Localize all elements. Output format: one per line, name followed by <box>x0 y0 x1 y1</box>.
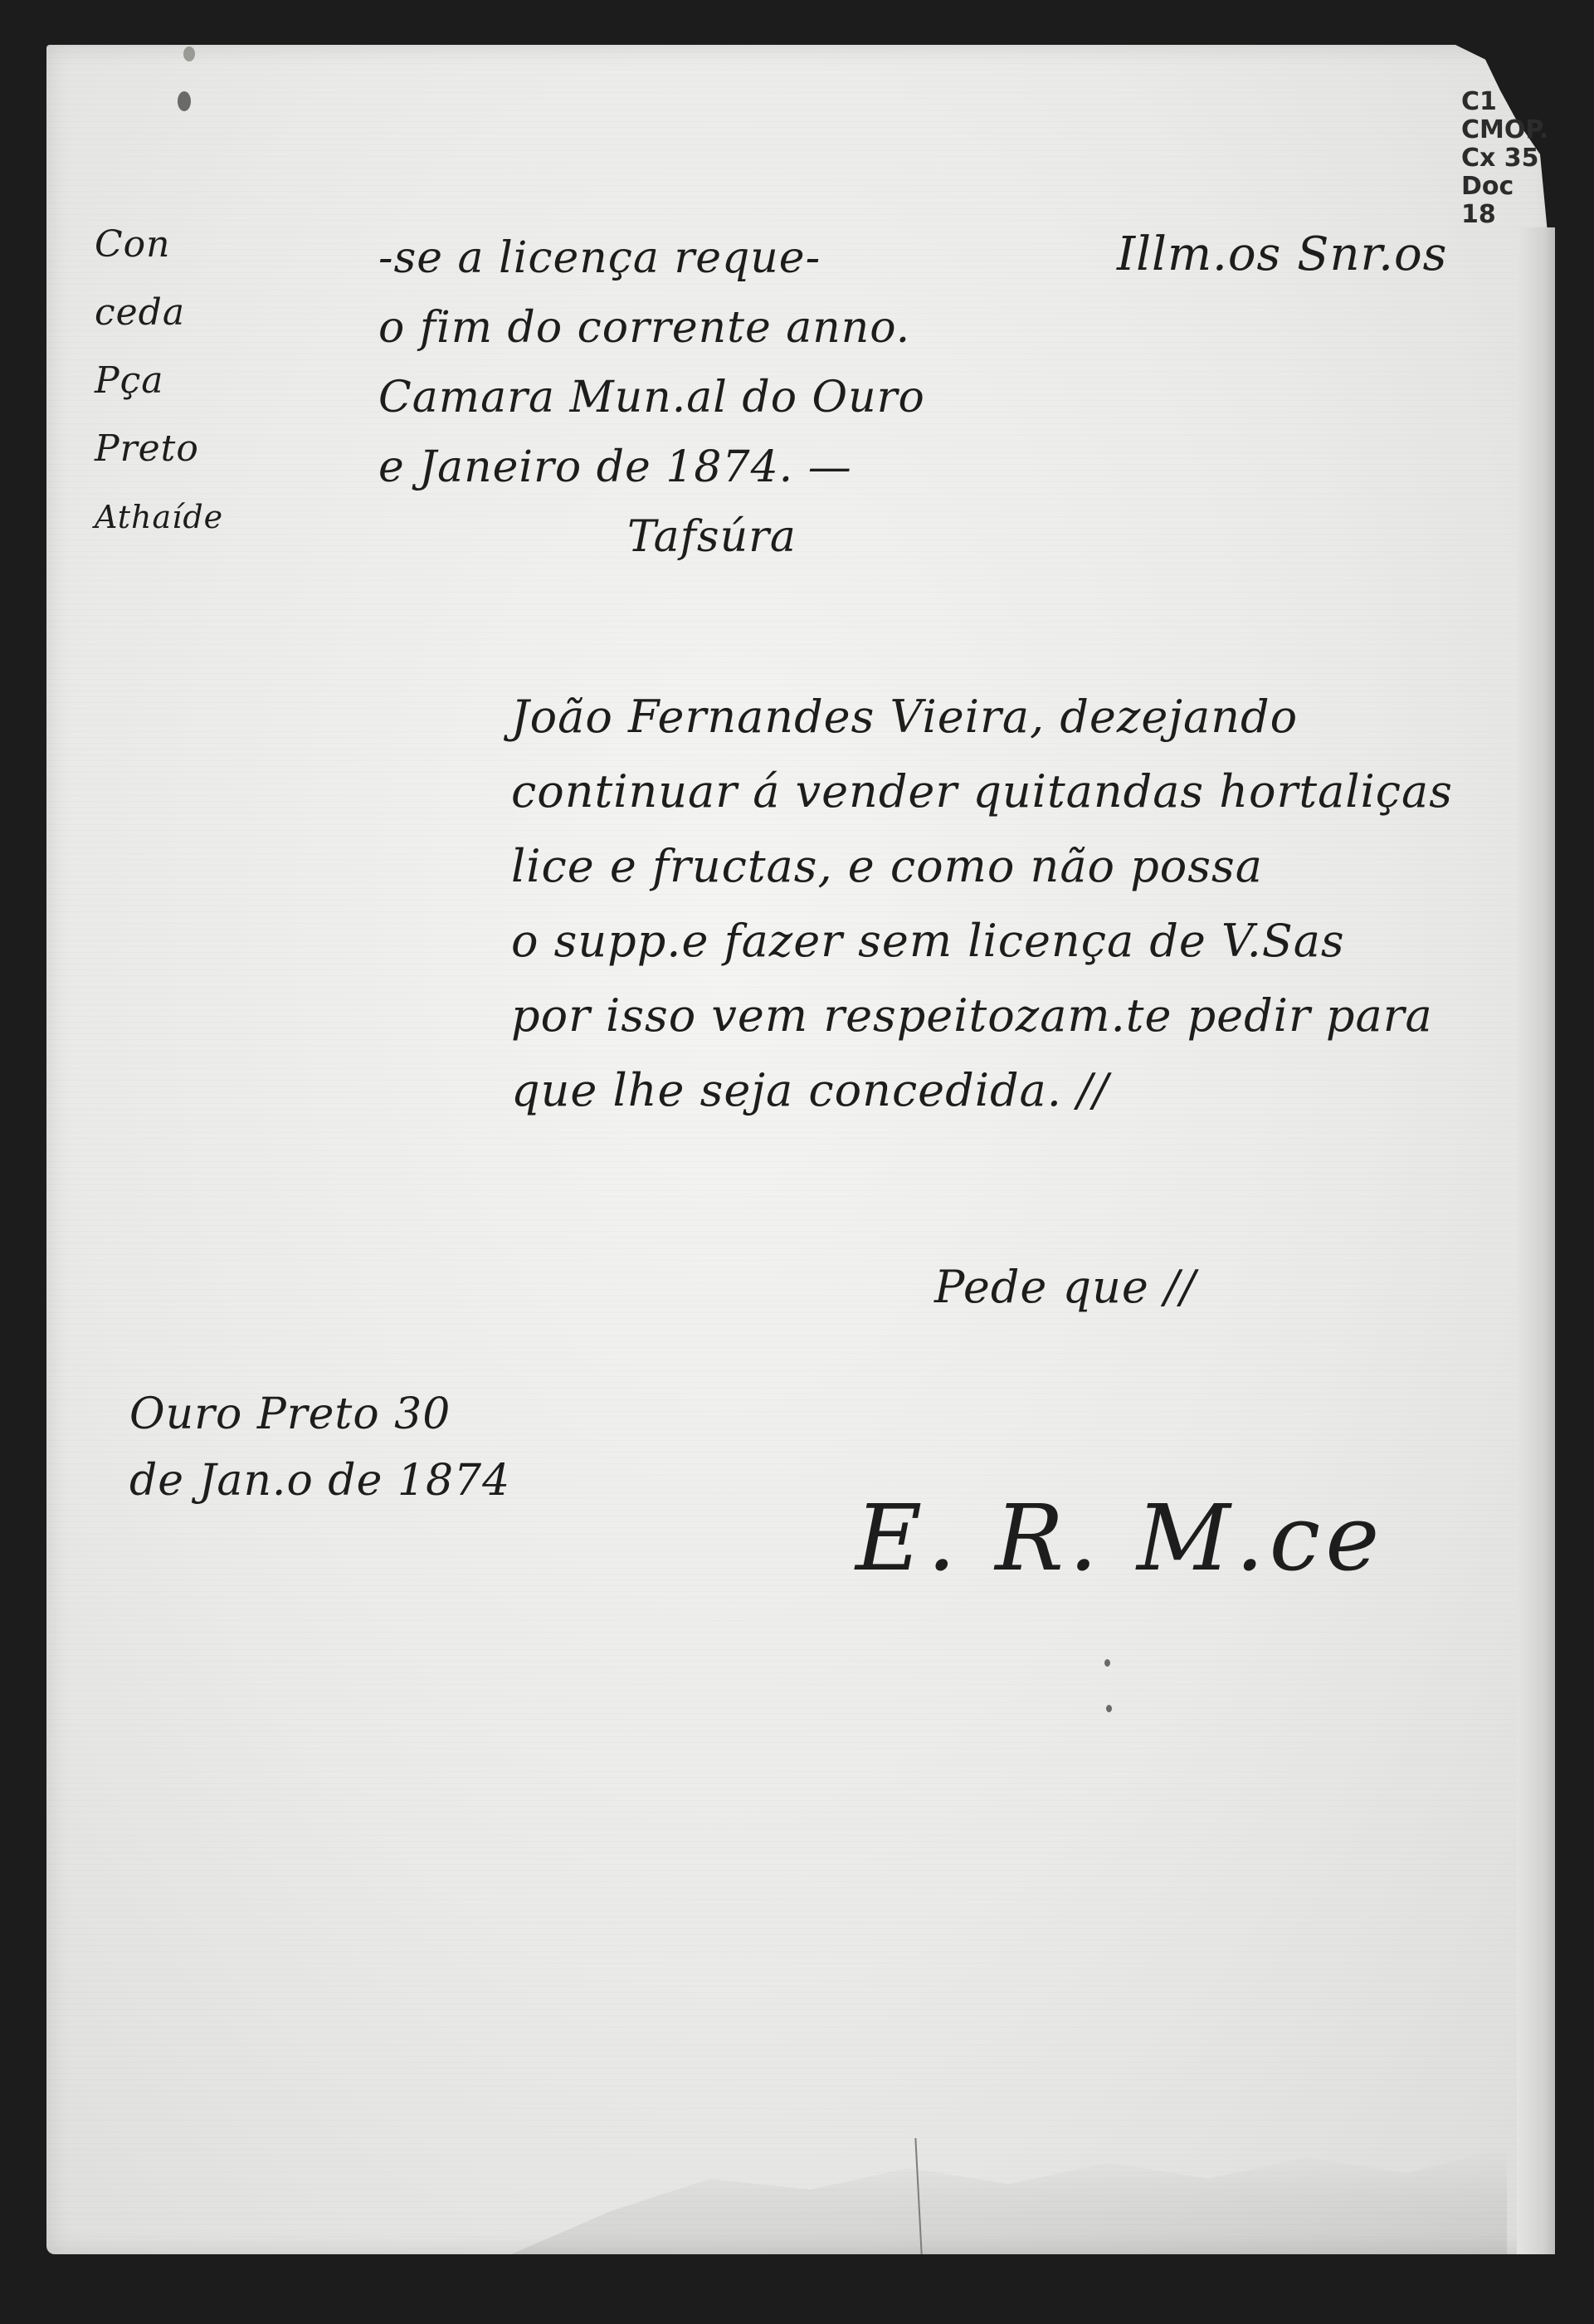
ink-dot <box>1106 1705 1112 1712</box>
paper-right-edge <box>1517 227 1555 2254</box>
petition-line: por isso vem respeitozam.te pedir para <box>511 979 1453 1053</box>
place-date-line: Ouro Preto 30 <box>129 1381 510 1448</box>
salutation: Illm.os Snr.os <box>1117 227 1447 281</box>
document-scan: C1 CMOP. Cx 35 Doc 18 Con ceda Pça Preto… <box>0 0 1594 2324</box>
margin-note-line: Con <box>95 211 223 279</box>
ink-spot <box>178 91 191 111</box>
ink-dot <box>1104 1659 1110 1667</box>
petition-body: João Fernandes Vieira, dezejando continu… <box>511 680 1453 1128</box>
closing-formula: Pede que // <box>934 1261 1196 1313</box>
petition-line: o supp.e fazer sem licença de V.Sas <box>511 904 1453 979</box>
decree-signature: Tafsúra <box>378 502 925 572</box>
petition-line: que lhe seja concedida. // <box>511 1053 1453 1128</box>
place-date-line: de Jan.o de 1874 <box>129 1448 510 1514</box>
water-stain <box>511 2146 1507 2254</box>
margin-note-line: Preto <box>95 415 223 483</box>
archive-ref-line: C1 <box>1461 88 1555 116</box>
decree-line: o fim do corrente anno. <box>378 293 925 363</box>
archive-ref-line: Doc 18 <box>1461 173 1555 229</box>
archive-ref-line: Cx 35 <box>1461 144 1555 173</box>
margin-note-line: Pça <box>95 347 223 415</box>
signature: E. R. M.ce <box>855 1485 1384 1591</box>
decree-line: e Janeiro de 1874. — <box>378 432 925 502</box>
archive-reference: C1 CMOP. Cx 35 Doc 18 <box>1461 88 1555 229</box>
archive-ref-line: CMOP. <box>1461 116 1555 144</box>
decree-line: -se a licença reque- <box>378 223 925 293</box>
margin-note-line: ceda <box>95 279 223 347</box>
decree-line: Camara Mun.al do Ouro <box>378 363 925 432</box>
margin-note-line: Athaíde <box>95 483 223 551</box>
paper-sheet: C1 CMOP. Cx 35 Doc 18 Con ceda Pça Preto… <box>46 45 1555 2254</box>
margin-note: Con ceda Pça Preto Athaíde <box>95 211 223 551</box>
petition-line: João Fernandes Vieira, dezejando <box>511 680 1453 754</box>
decree-block: -se a licença reque- o fim do corrente a… <box>378 223 925 572</box>
petition-line: lice e fructas, e como não possa <box>511 829 1453 904</box>
petition-line: continuar á vender quitandas hortaliças <box>511 754 1453 829</box>
place-date: Ouro Preto 30 de Jan.o de 1874 <box>129 1381 510 1514</box>
ink-spot <box>183 46 195 61</box>
